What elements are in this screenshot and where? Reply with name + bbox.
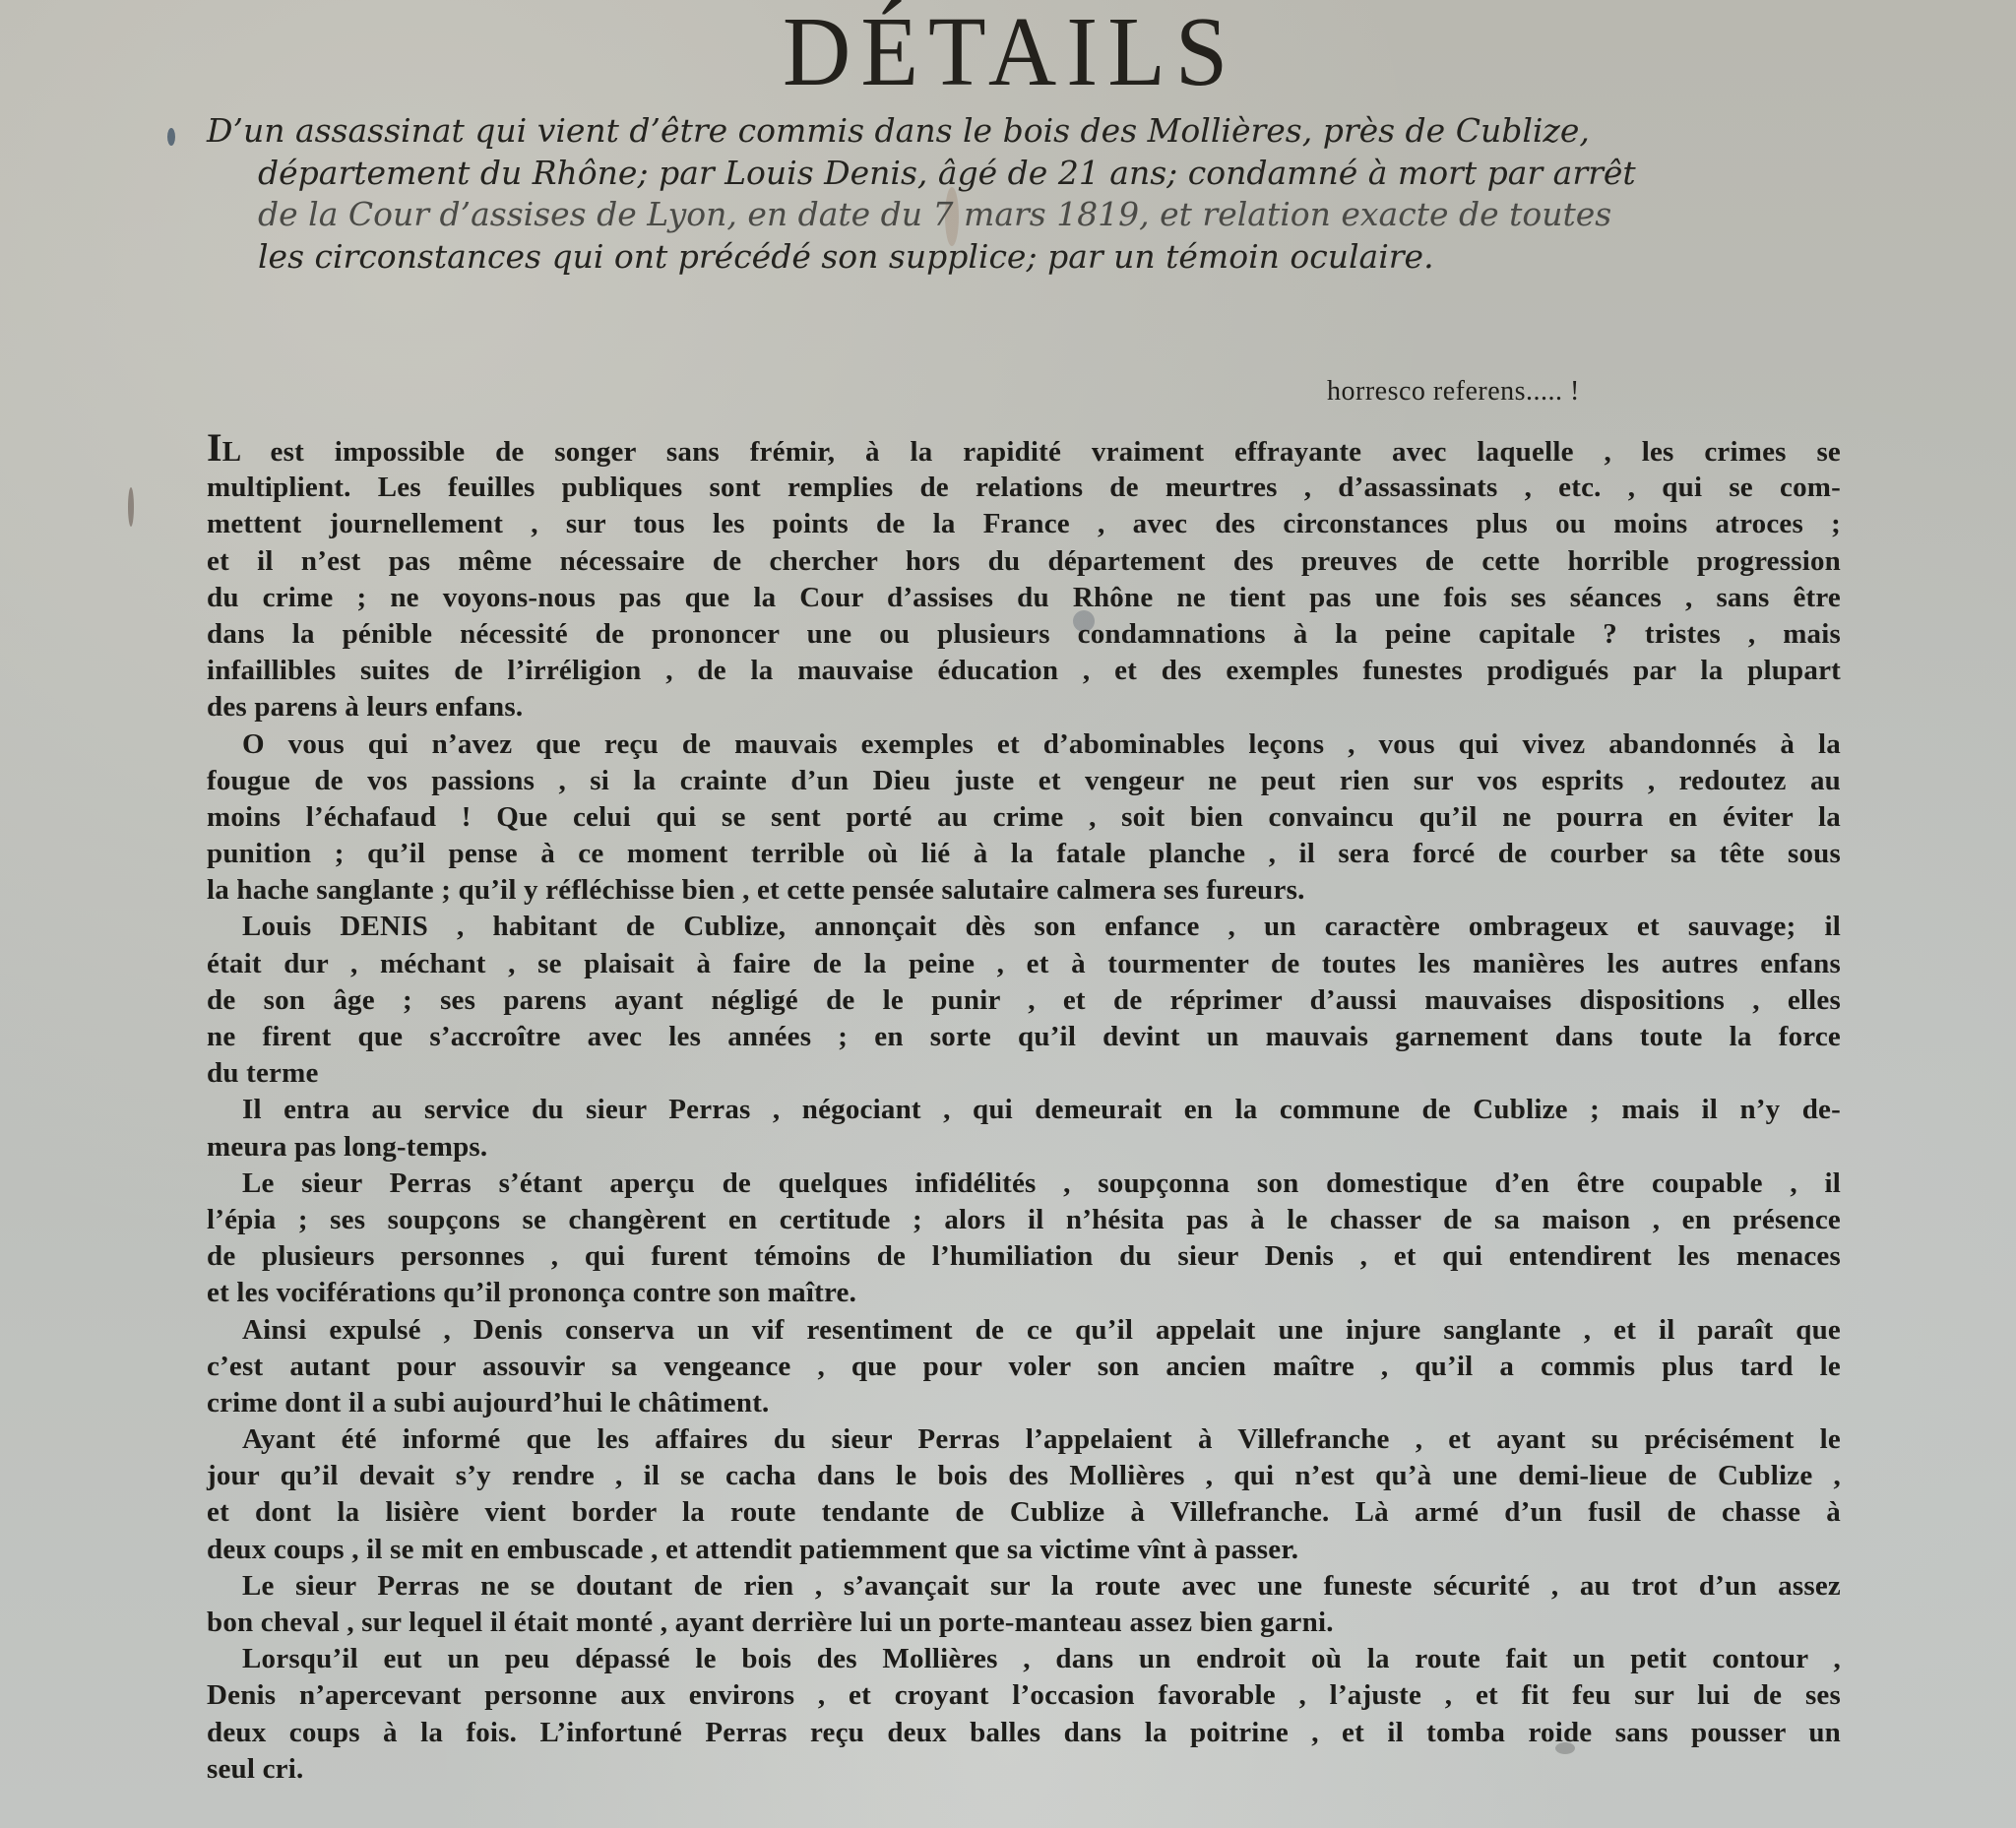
body-line: deux coups à la fois. L’infortuné Perras… bbox=[207, 1715, 1841, 1751]
margin-ink-mark bbox=[167, 128, 175, 146]
body-line-first: IL est impossible de songer sans frémir,… bbox=[207, 433, 1841, 470]
epigraph: horresco referens..... ! bbox=[1327, 376, 1580, 408]
body-line: et dont la lisière vient border la route… bbox=[207, 1494, 1841, 1531]
subtitle-line: de la Cour d’assises de Lyon, en date du… bbox=[207, 194, 1860, 236]
body-line: Lorsqu’il eut un peu dépassé le bois des… bbox=[207, 1641, 1841, 1677]
body-line: de son âge ; ses parens ayant négligé de… bbox=[207, 982, 1841, 1019]
body-line: O vous qui n’avez que reçu de mauvais ex… bbox=[207, 726, 1841, 763]
body-line: deux coups , il se mit en embuscade , et… bbox=[207, 1532, 1841, 1568]
body-line: et il n’est pas même nécessaire de cherc… bbox=[207, 543, 1841, 580]
body-line: mettent journellement , sur tous les poi… bbox=[207, 506, 1841, 542]
body-line: fougue de vos passions , si la crainte d… bbox=[207, 763, 1841, 799]
body-line: moins l’échafaud ! Que celui qui se sent… bbox=[207, 799, 1841, 836]
body-line: Denis n’apercevant personne aux environs… bbox=[207, 1677, 1841, 1714]
body-line: Le sieur Perras s’étant aperçu de quelqu… bbox=[207, 1166, 1841, 1202]
body-line: Louis DENIS , habitant de Cublize, annon… bbox=[207, 909, 1841, 945]
body-line: punition ; qu’il pense à ce moment terri… bbox=[207, 836, 1841, 872]
document-body: IL est impossible de songer sans frémir,… bbox=[207, 433, 1841, 1788]
body-line: crime dont il a subi aujourd’hui le chât… bbox=[207, 1385, 1841, 1421]
body-line: infaillibles suites de l’irréligion , de… bbox=[207, 653, 1841, 689]
body-line: et les vociférations qu’il prononça cont… bbox=[207, 1275, 1841, 1311]
body-line: du terme bbox=[207, 1055, 1841, 1092]
body-line: dans la pénible nécessité de prononcer u… bbox=[207, 616, 1841, 653]
body-line-text: L est impossible de songer sans frémir, … bbox=[222, 436, 1841, 468]
body-line: Il entra au service du sieur Perras , né… bbox=[207, 1092, 1841, 1128]
body-line: Ayant été informé que les affaires du si… bbox=[207, 1421, 1841, 1458]
subtitle-line: département du Rhône; par Louis Denis, â… bbox=[207, 153, 1860, 195]
drop-cap: I bbox=[207, 425, 222, 470]
document-subtitle: D’un assassinat qui vient d’être commis … bbox=[207, 110, 1860, 278]
body-line: de plusieurs personnes , qui furent témo… bbox=[207, 1238, 1841, 1275]
body-line: bon cheval , sur lequel il était monté ,… bbox=[207, 1605, 1841, 1641]
body-line: des parens à leurs enfans. bbox=[207, 689, 1841, 725]
body-line: c’est autant pour assouvir sa vengeance … bbox=[207, 1349, 1841, 1385]
body-line: Le sieur Perras ne se doutant de rien , … bbox=[207, 1568, 1841, 1605]
body-line: jour qu’il devait s’y rendre , il se cac… bbox=[207, 1458, 1841, 1494]
body-line: multiplient. Les feuilles publiques sont… bbox=[207, 470, 1841, 506]
body-line: meura pas long-temps. bbox=[207, 1129, 1841, 1166]
subtitle-line: D’un assassinat qui vient d’être commis … bbox=[207, 110, 1860, 153]
body-line: était dur , méchant , se plaisait à fair… bbox=[207, 946, 1841, 982]
document-page: DÉTAILS D’un assassinat qui vient d’être… bbox=[0, 0, 2016, 1828]
body-line: seul cri. bbox=[207, 1751, 1841, 1788]
body-line: la hache sanglante ; qu’il y réfléchisse… bbox=[207, 872, 1841, 909]
document-title: DÉTAILS bbox=[783, 2, 1275, 101]
subtitle-line: les circonstances qui ont précédé son su… bbox=[207, 236, 1860, 279]
body-line: Ainsi expulsé , Denis conserva un vif re… bbox=[207, 1312, 1841, 1349]
body-line: du crime ; ne voyons-nous pas que la Cou… bbox=[207, 580, 1841, 616]
paper-stain bbox=[128, 487, 134, 527]
body-line: l’épia ; ses soupçons se changèrent en c… bbox=[207, 1202, 1841, 1238]
body-line: ne firent que s’accroître avec les année… bbox=[207, 1019, 1841, 1055]
